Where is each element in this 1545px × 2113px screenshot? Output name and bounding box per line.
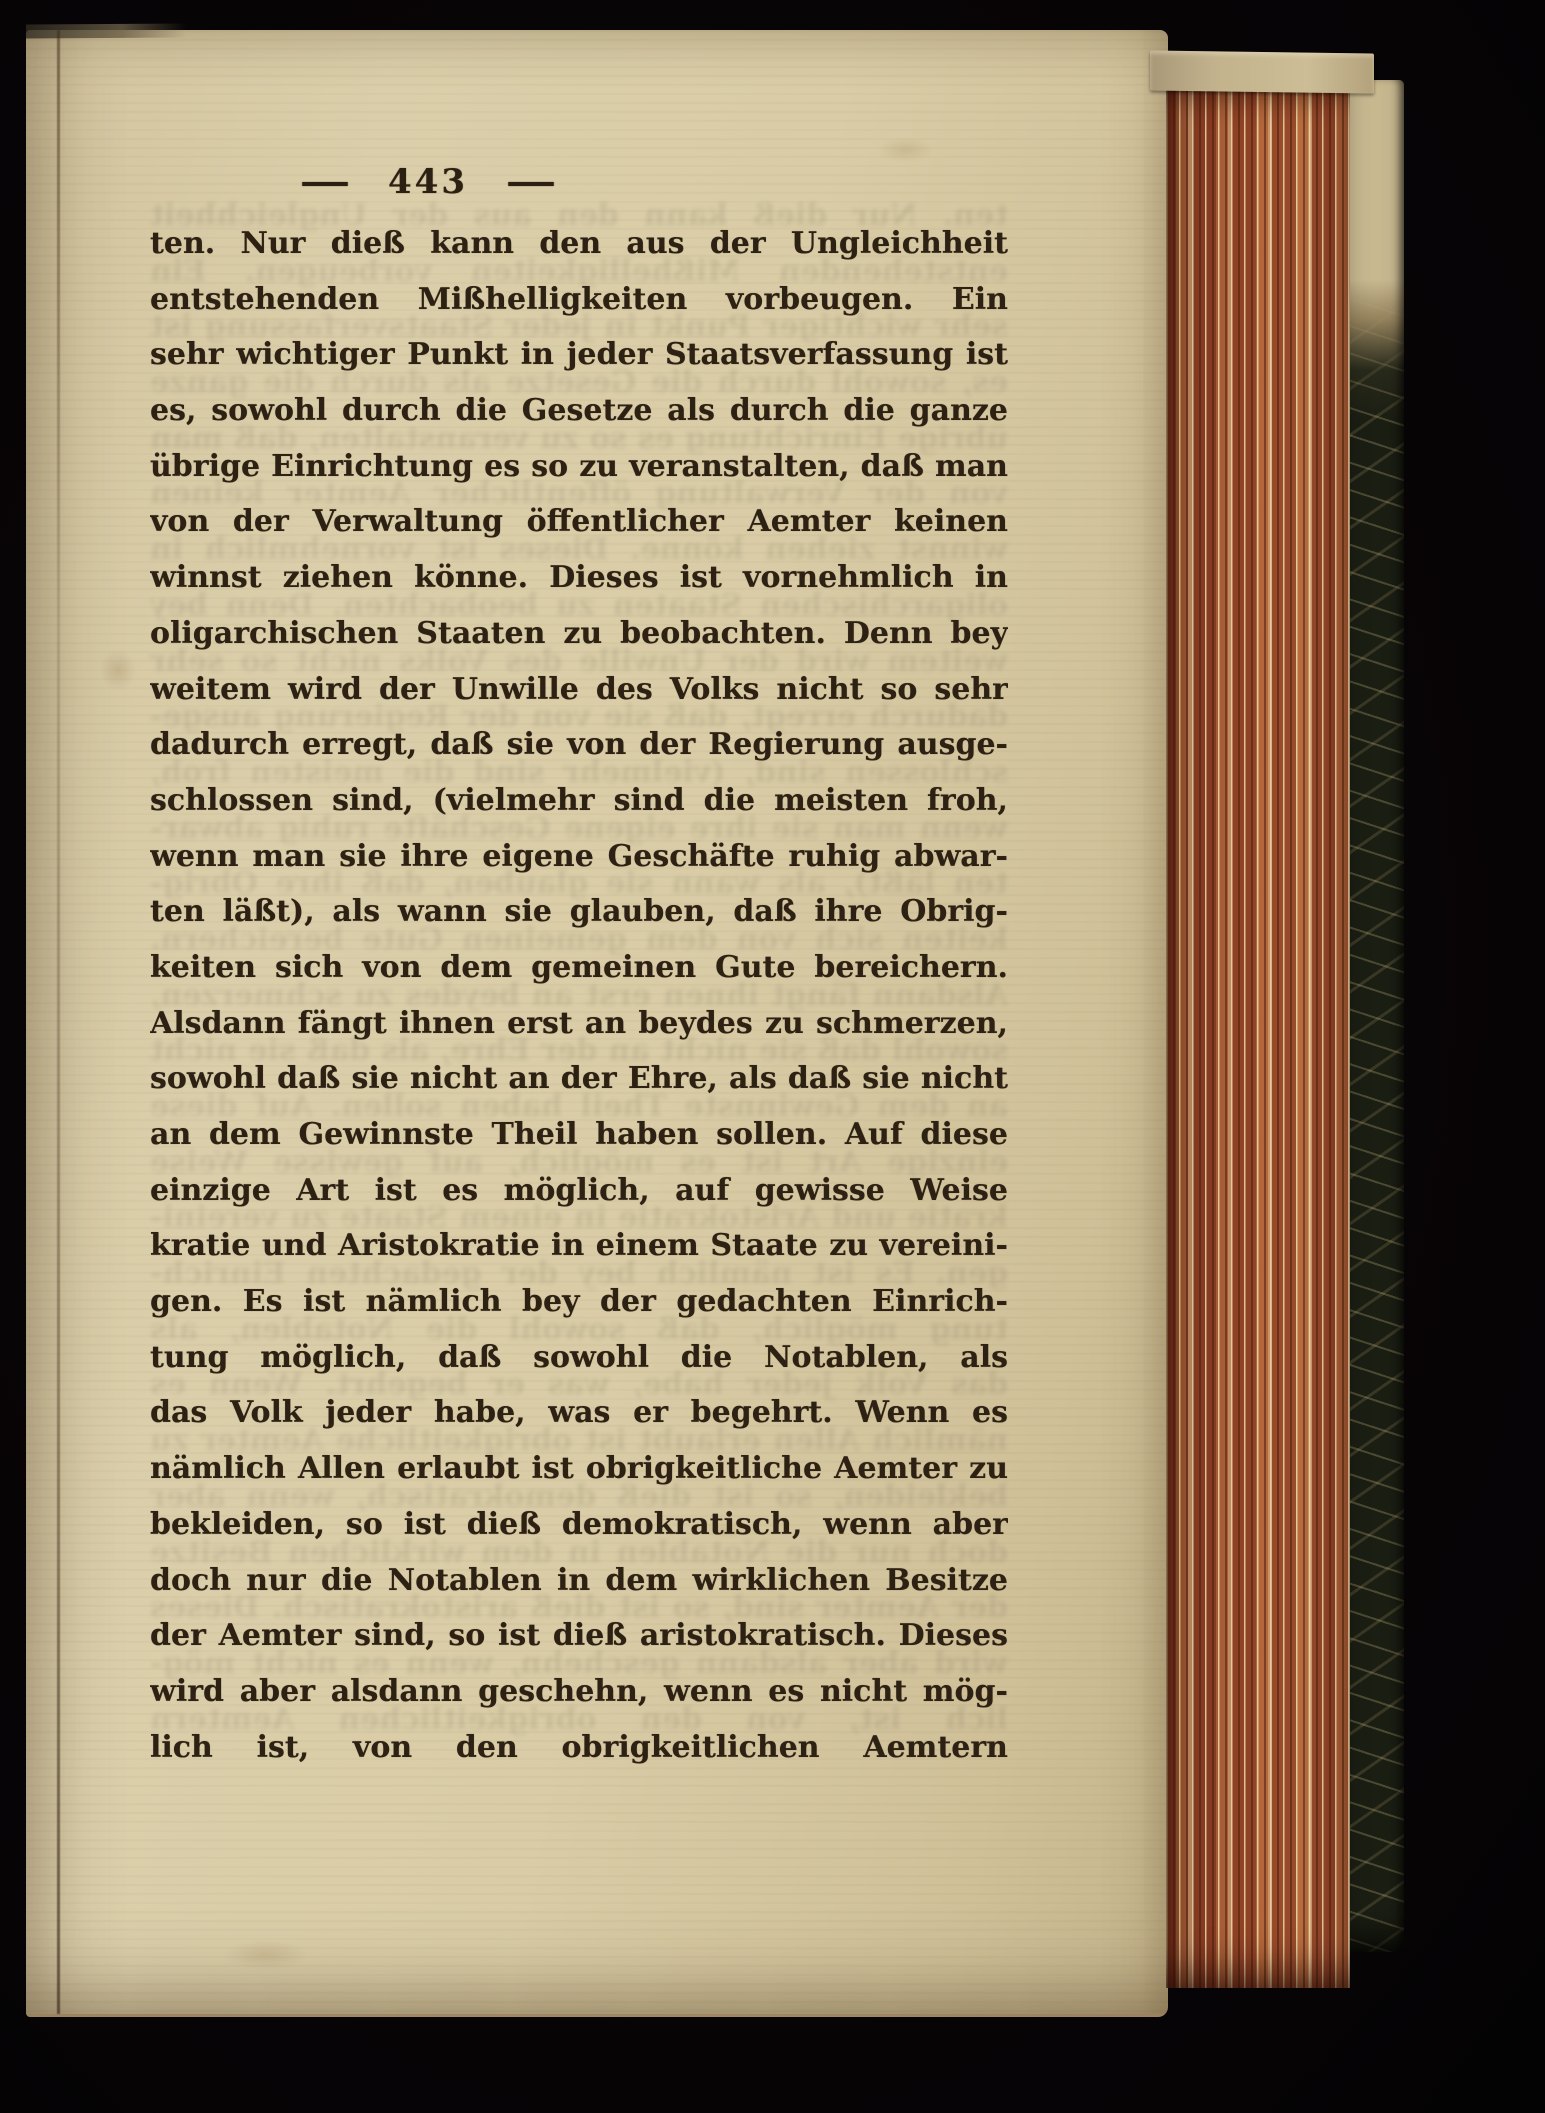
text-line: ten läßt), als wann sie glauben, daß ihr… bbox=[150, 884, 1008, 940]
text-line: bekleiden, so ist dieß demokratisch, wen… bbox=[150, 1497, 1008, 1553]
book-page: — 443 — ten. Nur dieß kann den aus der U… bbox=[26, 30, 1168, 2017]
text-line: oligarchischen Staaten zu beobachten. De… bbox=[150, 606, 1008, 662]
text-line: von der Verwaltung öffentlicher Aemter k… bbox=[150, 494, 1008, 550]
text-line: der Aemter sind, so ist dieß aristokrati… bbox=[150, 1608, 1008, 1664]
text-line: schlossen sind, (vielmehr sind die meist… bbox=[150, 773, 1008, 829]
spine-top-sliver bbox=[26, 23, 186, 38]
text-line: winnst ziehen könne. Dieses ist vornehml… bbox=[150, 550, 1008, 606]
photo-background: — 443 — ten. Nur dieß kann den aus der U… bbox=[0, 0, 1545, 2113]
text-line: sehr wichtiger Punkt in jeder Staatsverf… bbox=[150, 327, 1008, 383]
text-line: ten. Nur dieß kann den aus der Ungleichh… bbox=[150, 216, 1008, 272]
text-line: wird aber alsdann geschehn, wenn es nich… bbox=[150, 1664, 1008, 1720]
text-line: es, sowohl durch die Gesetze als durch d… bbox=[150, 383, 1008, 439]
text-line: einzige Art ist es möglich, auf gewisse … bbox=[150, 1163, 1008, 1219]
text-line: nämlich Allen erlaubt ist obrigkeitliche… bbox=[150, 1441, 1008, 1497]
text-line: an dem Gewinnste Theil haben sollen. Auf… bbox=[150, 1107, 1008, 1163]
gutter-crease bbox=[57, 30, 60, 2014]
cover-board-edge bbox=[1348, 80, 1404, 1952]
text-line: weitem wird der Unwille des Volks nicht … bbox=[150, 662, 1008, 718]
text-line: übrige Einrichtung es so zu veranstalten… bbox=[150, 439, 1008, 495]
text-lines: ten. Nur dieß kann den aus der Ungleichh… bbox=[150, 216, 1008, 1775]
text-line: lich ist, von den obrigkeitlichen Aemter… bbox=[150, 1720, 1008, 1776]
text-line: sowohl daß sie nicht an der Ehre, als da… bbox=[150, 1051, 1008, 1107]
text-line: keiten sich von dem gemeinen Gute bereic… bbox=[150, 940, 1008, 996]
text-line: das Volk jeder habe, was er begehrt. Wen… bbox=[150, 1385, 1008, 1441]
text-line: tung möglich, daß sowohl die Notablen, a… bbox=[150, 1330, 1008, 1386]
text-line: kratie und Aristokratie in einem Staate … bbox=[150, 1218, 1008, 1274]
text-line: doch nur die Notablen in dem wirklichen … bbox=[150, 1553, 1008, 1609]
text-line: wenn man sie ihre eigene Geschäfte ruhig… bbox=[150, 829, 1008, 885]
book-block-top-edge bbox=[1150, 50, 1374, 93]
text-line: entstehenden Mißhelligkeiten vorbeugen. … bbox=[150, 272, 1008, 328]
fore-edge-pages bbox=[1166, 88, 1350, 1988]
text-line: Alsdann fängt ihnen erst an beydes zu sc… bbox=[150, 996, 1008, 1052]
text-line: gen. Es ist nämlich bey der gedachten Ei… bbox=[150, 1274, 1008, 1330]
text-line: dadurch erregt, daß sie von der Regierun… bbox=[150, 717, 1008, 773]
